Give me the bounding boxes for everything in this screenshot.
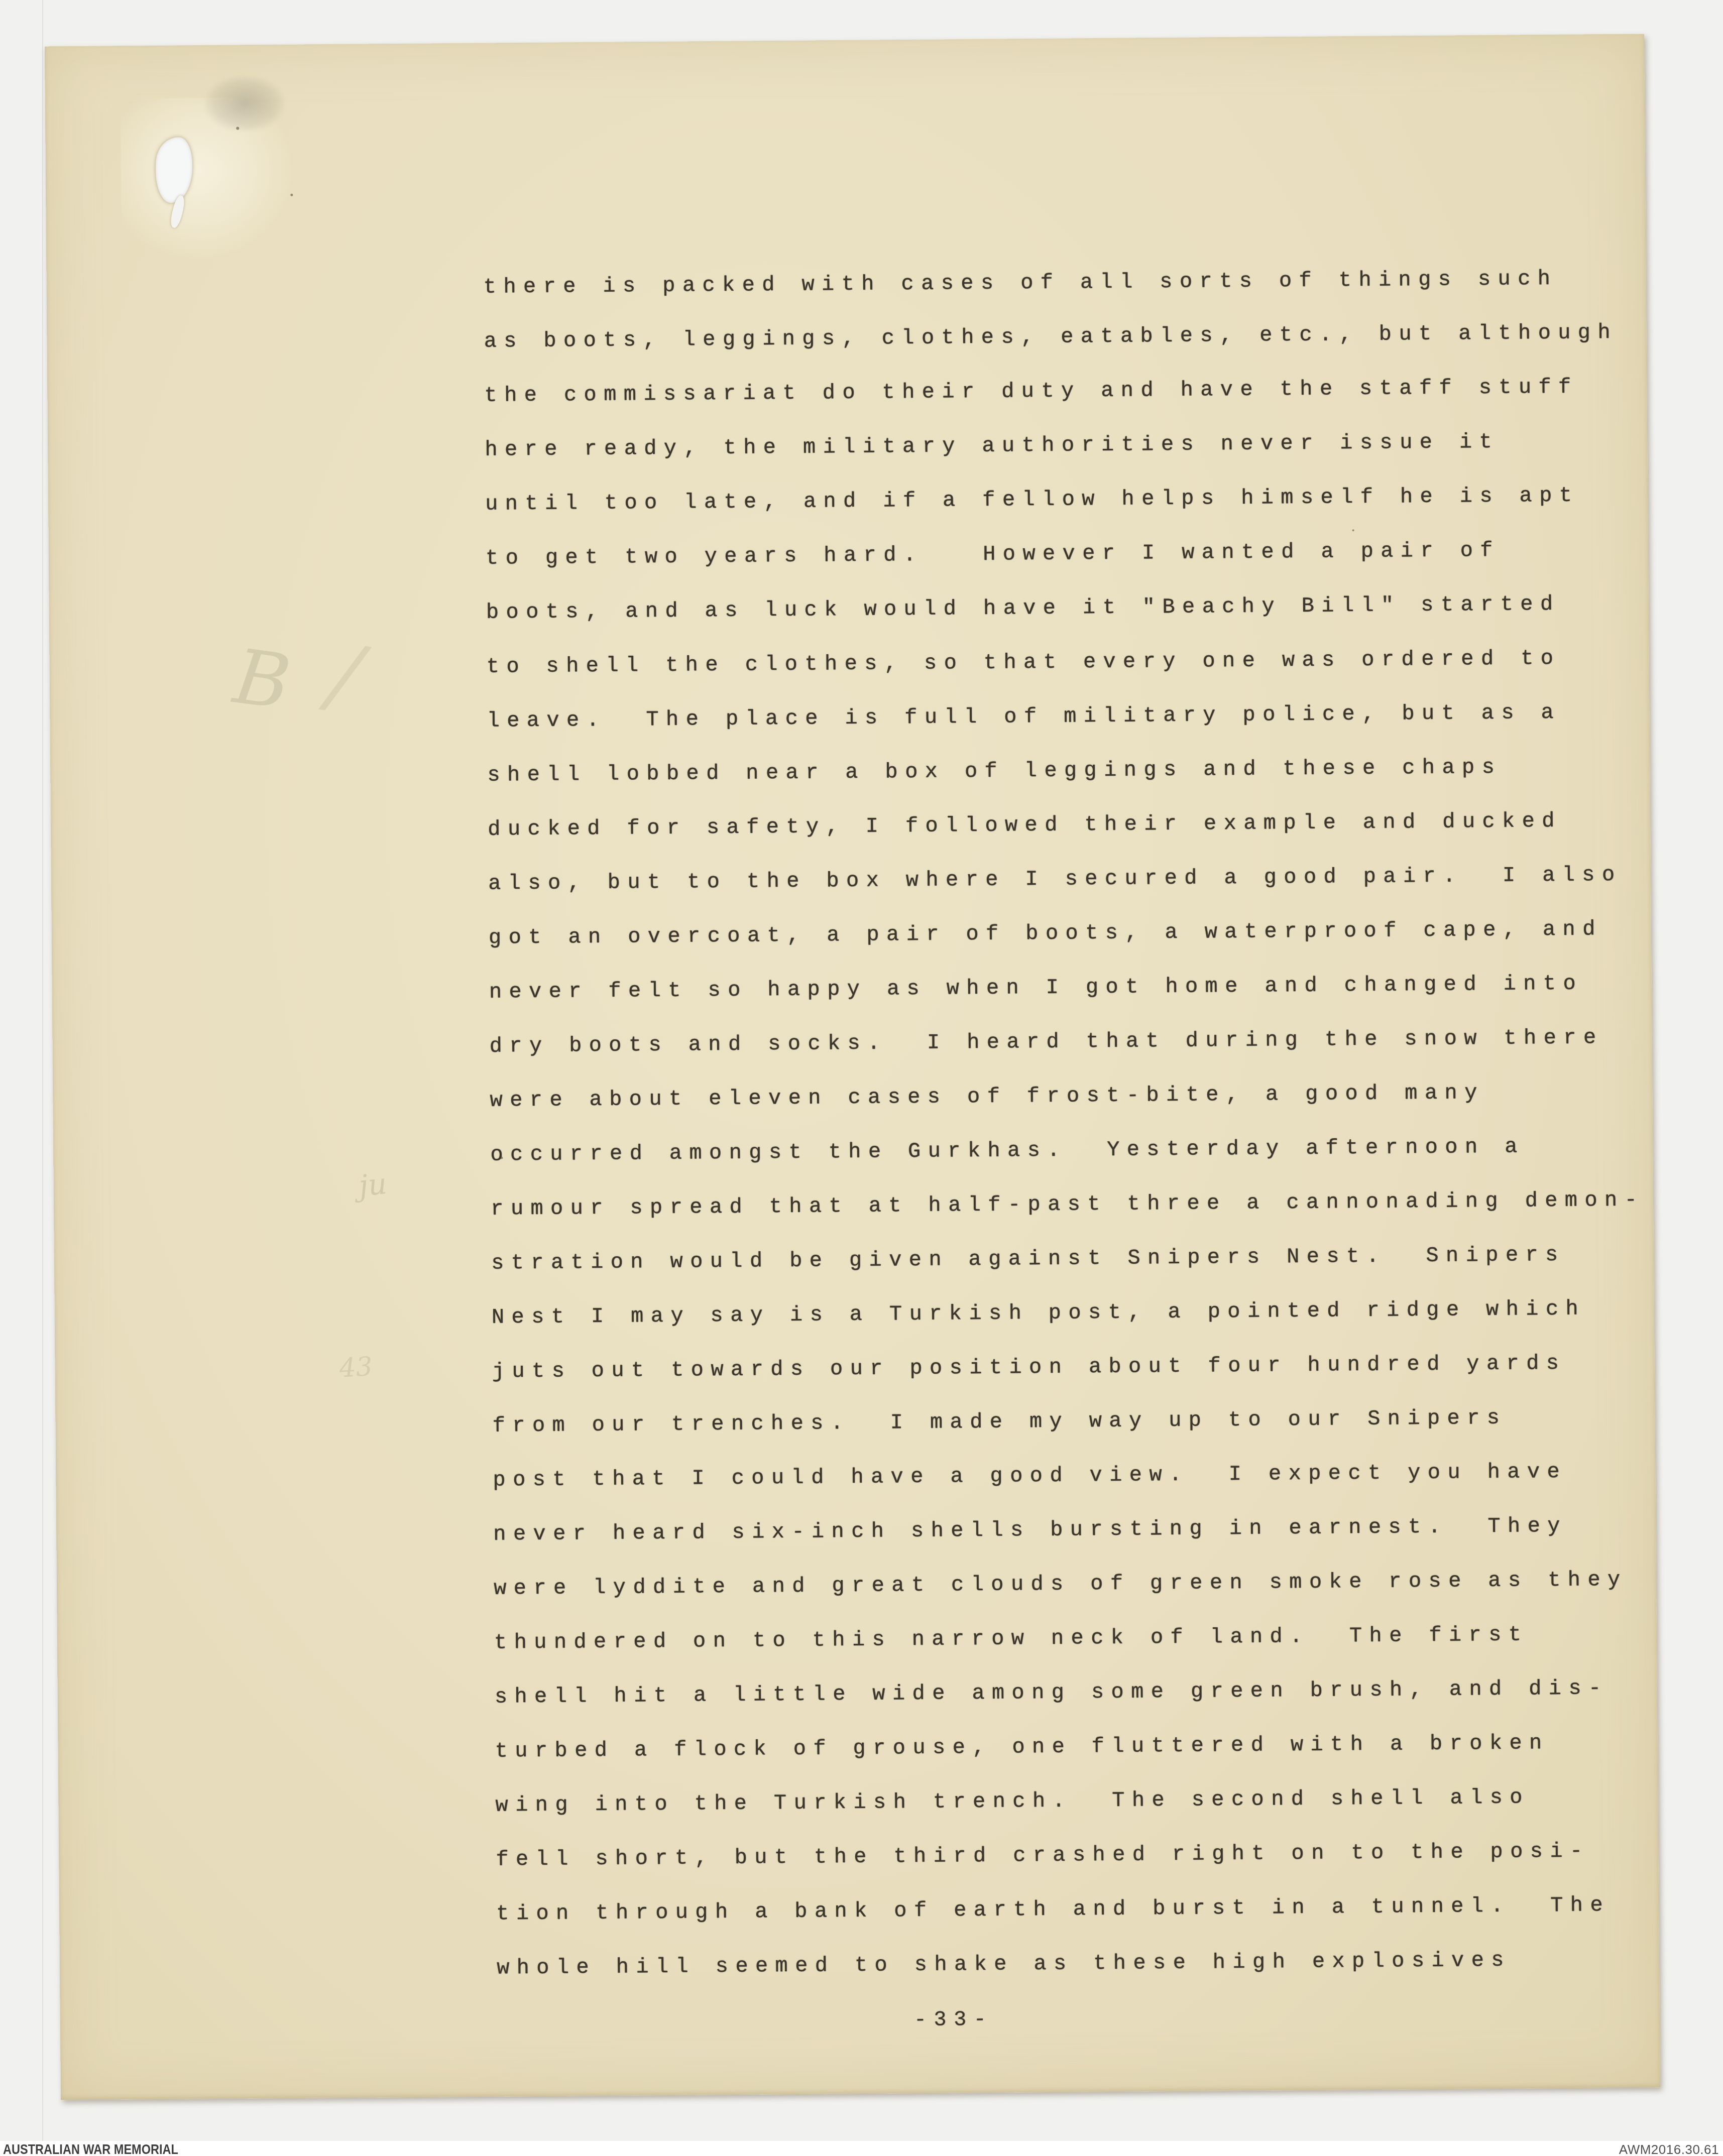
typed-line: the commissariat do their duty and have … bbox=[484, 359, 1650, 422]
pencil-annotation: ju bbox=[358, 1166, 389, 1203]
typed-line: stration would be given against Snipers … bbox=[491, 1227, 1657, 1290]
typed-line: here ready, the military authorities nev… bbox=[485, 413, 1650, 476]
typed-line: Nest I may say is a Turkish post, a poin… bbox=[491, 1281, 1657, 1344]
typed-line: to shell the clothes, so that every one … bbox=[486, 630, 1652, 693]
typed-line: were lyddite and great clouds of green s… bbox=[494, 1552, 1659, 1615]
catalog-number-label: AWM2016.30.61 bbox=[1619, 2142, 1719, 2156]
archive-watermark-label: AUSTRALIAN WAR MEMORIAL bbox=[3, 2141, 178, 2156]
typed-line: from our trenches. I made my way up to o… bbox=[492, 1389, 1658, 1453]
typed-line: never felt so happy as when I got home a… bbox=[489, 955, 1654, 1019]
typed-line: leave. The place is full of military pol… bbox=[487, 684, 1652, 748]
page-number: -33- bbox=[913, 1992, 993, 2047]
typed-line: juts out towards our position about four… bbox=[492, 1335, 1657, 1398]
typed-line: fell short, but the third crashed right … bbox=[496, 1823, 1661, 1886]
typed-line: wing into the Turkish trench. The second… bbox=[495, 1769, 1661, 1832]
smudge-stain bbox=[204, 76, 285, 132]
scanner-edge-line bbox=[42, 0, 43, 2141]
document-page: B / ju 43 there is packed with cases of … bbox=[45, 34, 1660, 2100]
typed-line: to get two years hard. However I wanted … bbox=[486, 522, 1651, 585]
pencil-annotation: B bbox=[229, 633, 295, 727]
typed-line: turbed a flock of grouse, one fluttered … bbox=[495, 1715, 1660, 1778]
typed-line: got an overcoat, a pair of boots, a wate… bbox=[489, 901, 1654, 965]
typed-line: occurred amongst the Gurkhas. Yesterday … bbox=[490, 1118, 1656, 1181]
typed-line: ducked for safety, I followed their exam… bbox=[488, 793, 1653, 856]
pencil-annotation: 43 bbox=[338, 1352, 374, 1384]
typed-line: thundered on to this narrow neck of land… bbox=[494, 1606, 1660, 1669]
typed-line: shell lobbed near a box of leggings and … bbox=[487, 739, 1653, 802]
typed-line: as boots, leggings, clothes, eatables, e… bbox=[484, 305, 1649, 368]
typed-line: there is packed with cases of all sorts … bbox=[483, 251, 1649, 314]
typed-line: dry boots and socks. I heard that during… bbox=[489, 1010, 1655, 1073]
pencil-annotation: / bbox=[323, 625, 368, 728]
watermark-strip: AUSTRALIAN WAR MEMORIAL AWM2016.30.61 bbox=[0, 2141, 1723, 2156]
typed-line: whole hill seemed to shake as these high… bbox=[497, 1932, 1662, 1995]
typed-line: also, but to the box where I secured a g… bbox=[488, 847, 1654, 910]
ink-speck bbox=[290, 194, 293, 196]
ink-speck bbox=[236, 127, 239, 130]
typed-line: until too late, and if a fellow helps hi… bbox=[485, 467, 1651, 531]
typed-line: were about eleven cases of frost-bite, a… bbox=[490, 1064, 1655, 1127]
typed-line: tion through a bank of earth and burst i… bbox=[496, 1877, 1662, 1941]
typed-line: never heard six-inch shells bursting in … bbox=[493, 1498, 1659, 1561]
typed-line: boots, and as luck would have it "Beachy… bbox=[486, 576, 1651, 639]
typed-text-block: there is packed with cases of all sorts … bbox=[483, 251, 1662, 1995]
typed-line: rumour spread that at half-past three a … bbox=[491, 1172, 1656, 1236]
typed-line: shell hit a little wide among some green… bbox=[494, 1660, 1660, 1724]
typed-line: post that I could have a good view. I ex… bbox=[493, 1444, 1658, 1507]
